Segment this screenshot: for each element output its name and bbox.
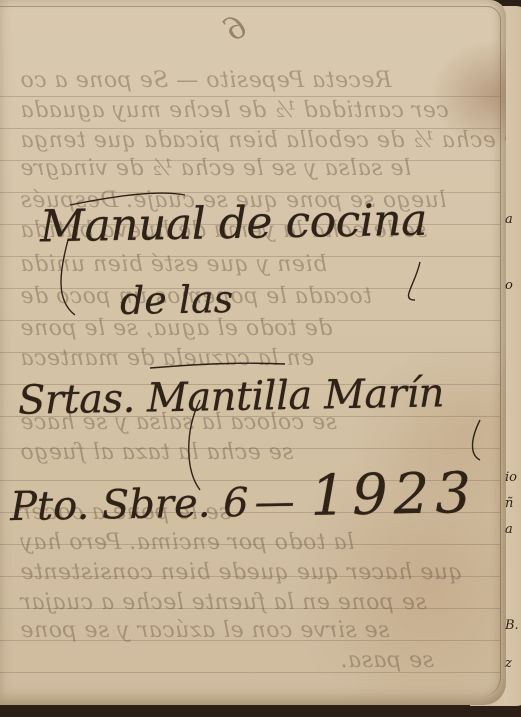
edge-mark: a [505,522,513,537]
ruled-line [0,160,500,161]
title-line-srtas-mantilla-marin: Srtas. Mantilla Marín [18,370,445,423]
ruled-line [0,320,500,321]
notebook-page: Receta Pepesito — Se pone a co cer canti… [0,0,506,705]
ruled-line [0,544,500,545]
day: 6 [223,480,249,526]
title-line-date: Pto. Sbre. 6—1923 [9,461,477,534]
title-line-de-las: de las [120,277,234,323]
bleed-line: se echa ½ de cebolla bien picada que ten… [20,128,506,153]
date-dash: — [254,479,295,526]
edge-mark: o [505,278,513,293]
bleed-line: en la cazuela de manteca [20,346,314,371]
edge-mark: ñ [505,496,513,511]
bleed-line: que hacer que quede bien consistente [20,560,463,585]
place-abbreviation: Pto. Sbre. [10,481,211,530]
ruled-line [0,576,500,577]
ruled-line [0,96,500,97]
ruled-line [0,640,500,641]
ruled-line [0,608,500,609]
ruled-line [0,672,500,673]
edge-mark: B. [505,618,519,633]
bleed-line: cer cantidad ½ de leche muy aguada [20,98,449,123]
bleed-line: la todo por encima. Pero hay [20,530,354,555]
edge-mark: io [505,470,517,485]
ruled-line [0,288,500,289]
edge-mark: z [505,656,512,671]
photo-frame: Receta Pepesito — Se pone a co cer canti… [0,0,521,717]
ruled-line [0,128,500,129]
year: 1923 [310,461,478,529]
ruled-line [0,352,500,353]
page-number: 6 [217,4,253,50]
edge-mark: a [505,212,513,227]
title-line-manual-de-cocina: Manual de cocina [40,195,428,253]
ruled-line [0,256,500,257]
ruled-line [0,192,500,193]
bleed-line: Receta Pepesito — Se pone a co [20,68,391,93]
bleed-line: se pone en la fuente leche a cuajar [20,590,427,615]
bleed-line: se pasa. [340,648,434,673]
ruled-line [0,448,500,449]
bleed-line: se echa la taza al fuego [20,440,294,465]
